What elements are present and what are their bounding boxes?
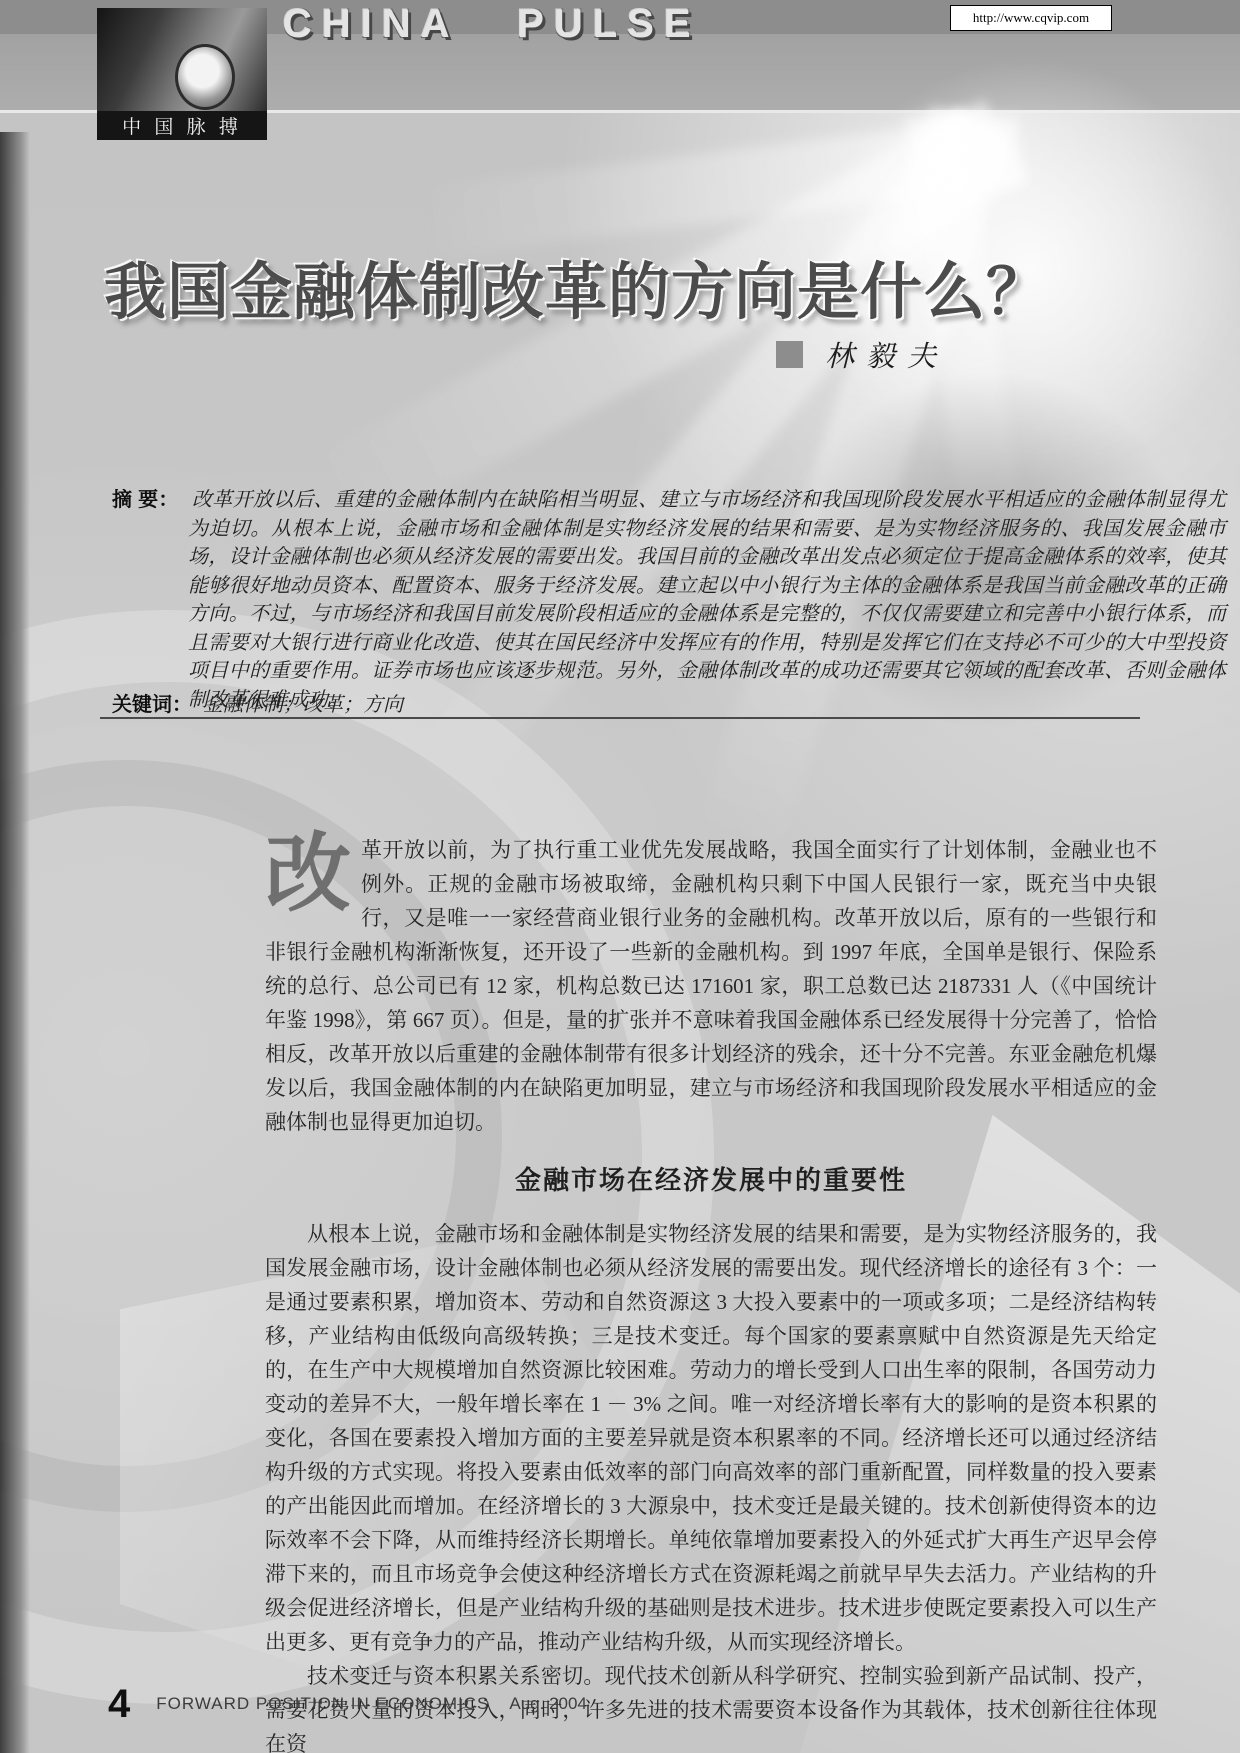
page-number: 4	[108, 1684, 130, 1724]
paragraph-1-text: 革开放以前，为了执行重工业优先发展战略，我国全面实行了计划体制，金融业也不例外。…	[265, 838, 1157, 1134]
stopwatch-icon	[175, 44, 235, 110]
author-row: 林毅夫	[776, 334, 948, 375]
section-heading: 金融市场在经济发展中的重要性	[265, 1163, 1157, 1197]
stopwatch-photo	[97, 8, 267, 111]
square-bullet-icon	[776, 341, 803, 368]
issue-date: Aug. 2004	[509, 1694, 587, 1714]
abstract-text: 改革开放以后、重建的金融体制内在缺陷相当明显、建立与市场经济和我国现阶段发展水平…	[188, 489, 1226, 711]
drop-cap: 改	[265, 839, 351, 909]
book-spine-shadow	[0, 132, 30, 1753]
keywords-label: 关键词：	[112, 694, 198, 716]
url-text: http://www.cqvip.com	[973, 10, 1089, 26]
column-label-text: 中 国 脉 搏	[122, 112, 242, 139]
author-name: 林毅夫	[825, 334, 948, 375]
keywords-row: 关键词： 金融体制；改革；方向	[112, 688, 403, 717]
journal-name: FORWARD POSITION IN ECONOMICS	[156, 1694, 489, 1714]
body-paragraph-2: 从根本上说，金融市场和金融体制是实物经济发展的结果和需要，是为实物经济服务的，我…	[265, 1217, 1157, 1659]
abstract-label: 摘 要：	[112, 489, 187, 511]
abstract-block: 摘 要： 改革开放以后、重建的金融体制内在缺陷相当明显、建立与市场经济和我国现阶…	[112, 486, 1226, 714]
body-paragraph-1: 改 革开放以前，为了执行重工业优先发展战略，我国全面实行了计划体制，金融业也不例…	[265, 833, 1157, 1139]
masthead-title: CHINA PULSE	[283, 2, 701, 47]
article-title: 我国金融体制改革的方向是什么？	[104, 242, 1184, 331]
keywords-text: 金融体制；改革；方向	[203, 694, 403, 716]
page-footer: 4 FORWARD POSITION IN ECONOMICS Aug. 200…	[108, 1684, 587, 1724]
abstract-divider-rule	[100, 717, 1140, 719]
article-body: 改 革开放以前，为了执行重工业优先发展战略，我国全面实行了计划体制，金融业也不例…	[265, 833, 1157, 1753]
column-label-china-pulse: 中 国 脉 搏	[97, 111, 267, 140]
cqvip-url-stamp: http://www.cqvip.com	[950, 5, 1112, 31]
scanned-journal-page: CHINA PULSE http://www.cqvip.com 中 国 脉 搏…	[0, 0, 1240, 1753]
